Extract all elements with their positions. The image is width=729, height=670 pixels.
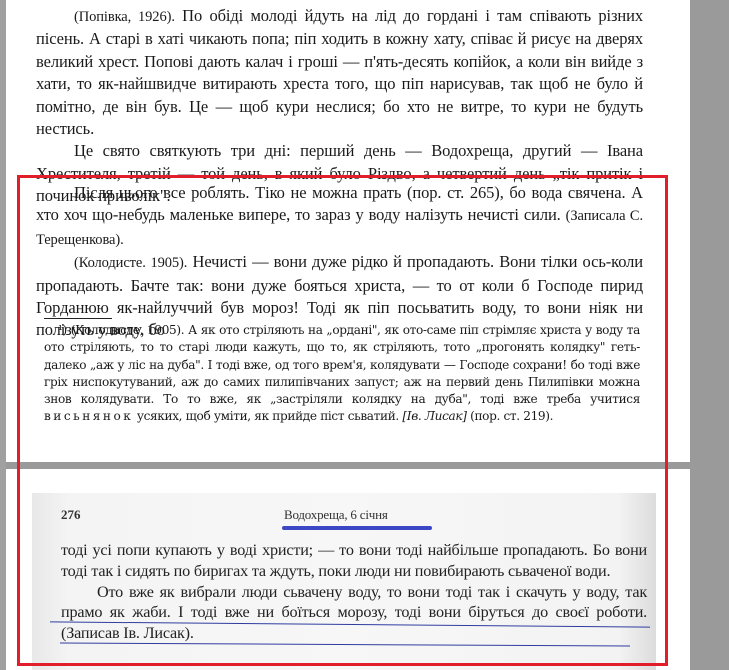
footnote-rule: [44, 318, 112, 319]
scan-paragraph-2: Ото вже як вибрали люди сьвачену воду, т…: [61, 582, 647, 644]
recorded-by-note: (Записав Ів. Лисак).: [61, 624, 194, 642]
spaced-word: висьнянок: [44, 409, 133, 423]
viewer-right-gutter: [690, 0, 729, 670]
paragraph-after-this: Після цього все роблять. Тіко не можна п…: [36, 182, 643, 251]
page-number: 276: [61, 507, 81, 523]
pen-underline: [60, 663, 265, 664]
scan-paragraph-1: тоді усі попи купають у воді христи; — т…: [61, 540, 647, 582]
page-divider: [6, 462, 690, 469]
footnote-marker: ¹): [58, 323, 67, 337]
running-title: Водохреща, 6 січня: [284, 507, 388, 523]
boxed-text-block: Після цього все роблять. Тіко не можна п…: [36, 182, 643, 342]
title-underline-annotation: [282, 526, 432, 530]
footnote-signature: [Ів. Лисак]: [402, 409, 466, 423]
paragraph-popivka: (Попівка, 1926). По обіді молоді йдуть н…: [36, 5, 643, 140]
source-label: (Попівка, 1926).: [74, 9, 175, 25]
top-text-block: (Попівка, 1926). По обіді молоді йдуть н…: [36, 5, 643, 208]
source-label: (Колодисте. 1905).: [74, 255, 187, 271]
scanned-text-block: тоді усі попи купають у воді христи; — т…: [61, 540, 647, 644]
scanned-page-header: 276 Водохреща, 6 січня: [0, 507, 729, 527]
footnote: ¹) (Колодисте, 1905). А як ото стріляють…: [44, 322, 640, 426]
